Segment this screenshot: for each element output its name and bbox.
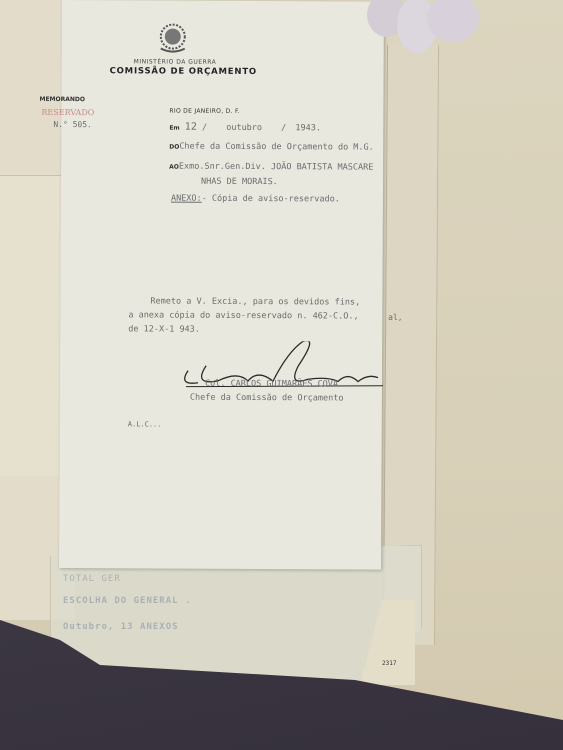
- to-value-line-2: NHAS DE MORAIS.: [201, 177, 278, 187]
- tissue-line-2: Outubro, 13 ANEXOS: [63, 622, 179, 632]
- memorandum-letter: MINISTÉRIO DA GUERRA COMISSÃO DE ORÇAMEN…: [59, 0, 384, 570]
- from-label: DO: [169, 144, 179, 151]
- signatory-title: Chefe da Comissão de Orçamento: [190, 393, 344, 404]
- underlying-text-fragment: al,: [388, 313, 403, 322]
- body-line-2: a anexa cópia do aviso-reservado n. 462-…: [128, 310, 358, 321]
- coat-of-arms-icon: [158, 21, 188, 57]
- annex-value: - Cópia de aviso-reservado.: [202, 194, 340, 205]
- city-label: RIO DE JANEIRO, D. F.: [169, 108, 240, 115]
- body-line-3: de 12-X-1 943.: [128, 324, 200, 334]
- commission-name: COMISSÃO DE ORÇAMENTO: [110, 66, 257, 77]
- date-day: 12: [185, 122, 197, 133]
- body-line-1: Remeto a V. Excia., para os devidos fins…: [150, 296, 360, 307]
- from-value: Chefe da Comissão de Orçamento do M.G.: [179, 142, 374, 153]
- stamp-number: N.° 505.: [53, 120, 92, 129]
- date-month: outubro: [226, 123, 262, 133]
- gloved-hand: [365, 0, 485, 55]
- date-label: Em: [169, 125, 179, 132]
- signatory-name: Col. CARLOS GUIMARÃES COVA: [205, 379, 338, 390]
- stamp-memorando: MEMORANDO: [39, 96, 85, 103]
- to-label: AO: [169, 164, 179, 171]
- typist-initials: A.L.C...: [128, 420, 162, 428]
- annex-label: ANEXO:: [171, 194, 202, 204]
- date-year: 1943.: [295, 123, 321, 133]
- tissue-line-1: ESCOLHA DO GENERAL .: [63, 596, 191, 606]
- tissue-header: TOTAL GER: [63, 574, 121, 584]
- to-value-line-1: Exmo.Snr.Gen.Div. JOÃO BATISTA MASCARE: [179, 162, 374, 173]
- archive-number: 2317: [382, 660, 396, 667]
- stamp-reservado: RESERVADO: [41, 108, 94, 117]
- ministry-name: MINISTÉRIO DA GUERRA: [134, 58, 217, 65]
